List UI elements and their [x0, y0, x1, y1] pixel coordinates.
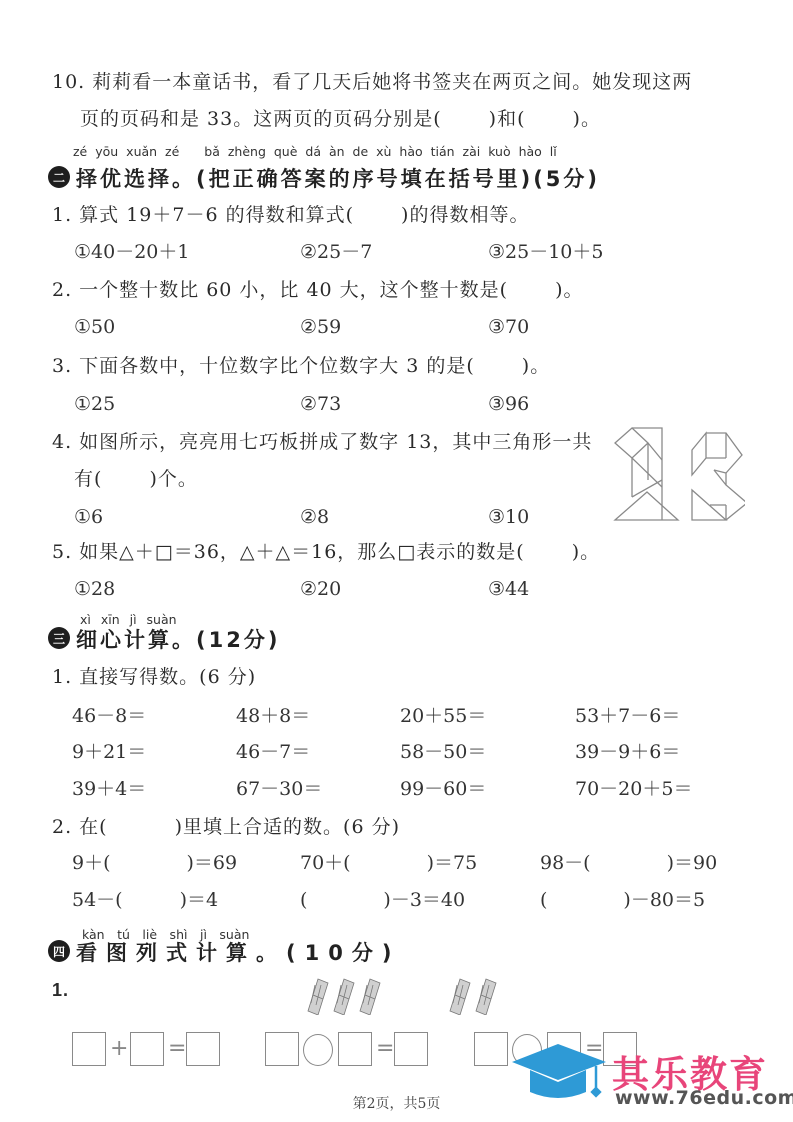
s2-q1-opt3[interactable]: ③25－10＋5 [488, 240, 603, 264]
calc-item: 53＋7－6＝ [575, 704, 680, 728]
answer-box[interactable] [72, 1032, 106, 1066]
s2-q5-opt1[interactable]: ①28 [74, 577, 115, 601]
s2-q2-opt1[interactable]: ①50 [74, 315, 115, 339]
calc-item: 9＋21＝ [72, 740, 146, 764]
page-number: 第2页，共5页 [0, 1093, 793, 1113]
fill-blank-item[interactable]: 9＋( )＝69 [72, 851, 237, 875]
answer-box[interactable] [130, 1032, 164, 1066]
answer-box[interactable] [186, 1032, 220, 1066]
s2-q4-line2: 有( )个。 [74, 467, 198, 491]
s2-q3-opt2[interactable]: ②73 [300, 392, 341, 416]
calc-item: 46－8＝ [72, 704, 146, 728]
section4-title: 看图列式计算。(10分) [76, 937, 400, 967]
s2-q2-opt3[interactable]: ③70 [488, 315, 529, 339]
s2-q4-opt2[interactable]: ②8 [300, 505, 329, 529]
section3-title: 细心计算。(12分) [76, 624, 280, 654]
calc-item: 67－30＝ [236, 777, 322, 801]
s3-part1-title: 1. 直接写得数。(6 分) [52, 665, 256, 689]
s2-q1: 1. 算式 19＋7－6 的得数和算式( )的得数相等。 [52, 203, 529, 227]
q10-line2: 页的页码和是 33。这两页的页码分别是( )和( )。 [80, 107, 601, 131]
section2-title: 择优选择。(把正确答案的序号填在括号里)(5分) [76, 163, 600, 193]
answer-box[interactable] [338, 1032, 372, 1066]
s2-q4-opt1[interactable]: ①6 [74, 505, 103, 529]
section3-badge: 三 [48, 627, 70, 649]
plus-sign: + [110, 1034, 128, 1064]
equals-sign: = [168, 1034, 186, 1064]
calc-item: 39－9＋6＝ [575, 740, 680, 764]
stick-bundles-three-icon [300, 975, 390, 1015]
section2-pinyin: zé yōu xuǎn zé bǎ zhèng què dá àn de xù … [73, 142, 557, 160]
section4-badge: 四 [48, 940, 70, 962]
answer-box[interactable] [394, 1032, 428, 1066]
operator-circle[interactable] [303, 1034, 333, 1066]
s2-q4: 4. 如图所示，亮亮用七巧板拼成了数字 13，其中三角形一共 [52, 430, 592, 454]
stick-bundles-two-icon [442, 975, 504, 1015]
calc-item: 20＋55＝ [400, 704, 486, 728]
s2-q3-opt3[interactable]: ③96 [488, 392, 529, 416]
s2-q4-opt3[interactable]: ③10 [488, 505, 529, 529]
calc-item: 39＋4＝ [72, 777, 146, 801]
fill-blank-item[interactable]: 54－( )＝4 [72, 888, 218, 912]
s2-q5-opt2[interactable]: ②20 [300, 577, 341, 601]
fill-blank-item[interactable]: ( )－3＝40 [300, 888, 465, 912]
calc-item: 46－7＝ [236, 740, 310, 764]
s3-part2-title: 2. 在( )里填上合适的数。(6 分) [52, 815, 400, 839]
calc-item: 99－60＝ [400, 777, 486, 801]
q10-line1: 10. 莉莉看一本童话书，看了几天后她将书签夹在两页之间。她发现这两 [52, 70, 692, 94]
s2-q2: 2. 一个整十数比 60 小，比 40 大，这个整十数是( )。 [52, 278, 584, 302]
answer-box[interactable] [265, 1032, 299, 1066]
calc-item: 58－50＝ [400, 740, 486, 764]
s2-q1-opt2[interactable]: ②25－7 [300, 240, 372, 264]
s2-q3-opt1[interactable]: ①25 [74, 392, 115, 416]
section2-badge: 二 [48, 166, 70, 188]
fill-blank-item[interactable]: 98－( )＝90 [540, 851, 717, 875]
calc-item: 48＋8＝ [236, 704, 310, 728]
s2-q1-opt1[interactable]: ①40－20＋1 [74, 240, 189, 264]
fill-blank-item[interactable]: ( )－80＝5 [540, 888, 705, 912]
answer-box[interactable] [474, 1032, 508, 1066]
tangram-13-figure [610, 425, 745, 525]
s2-q2-opt2[interactable]: ②59 [300, 315, 341, 339]
s2-q5-opt3[interactable]: ③44 [488, 577, 529, 601]
s4-q1-label: 1. [52, 978, 69, 1002]
equals-sign: = [376, 1034, 394, 1064]
s2-q3: 3. 下面各数中，十位数字比个位数字大 3 的是( )。 [52, 354, 550, 378]
s2-q5: 5. 如果△＋□＝36，△＋△＝16，那么□表示的数是( )。 [52, 540, 600, 564]
calc-item: 70－20＋5＝ [575, 777, 692, 801]
fill-blank-item[interactable]: 70＋( )＝75 [300, 851, 477, 875]
